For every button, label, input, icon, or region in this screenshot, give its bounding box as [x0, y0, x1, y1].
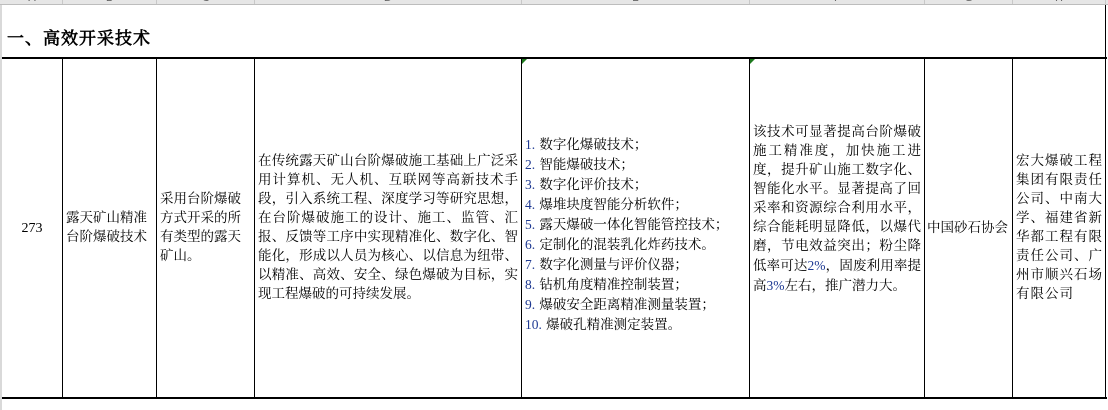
- section-header-row[interactable]: 一、高效开采技术: [3, 5, 1106, 57]
- cell-recommender[interactable]: 中国砂石协会: [925, 59, 1013, 397]
- column-header-a[interactable]: A: [2, 0, 63, 4]
- key-tech-item: 6. 定制化的混装乳化炸药技术。: [525, 235, 728, 255]
- column-header-c[interactable]: C: [157, 0, 255, 4]
- benefits-text: 该技术可显著提高台阶爆破施工精准度，加快施工进度，提升矿山施工数字化、智能化水平…: [750, 123, 924, 296]
- column-header-d[interactable]: D: [255, 0, 522, 4]
- row-number: 273: [22, 219, 43, 238]
- key-tech-item: 3. 数字化评价技术；: [525, 175, 728, 195]
- column-header-h[interactable]: H: [1013, 0, 1106, 4]
- tech-name: 露天矿山精准台阶爆破技术: [63, 209, 156, 247]
- key-tech-item: 5. 露天爆破一体化智能管控技术；: [525, 215, 728, 235]
- comment-indicator-icon: [522, 59, 527, 64]
- key-tech-item: 2. 智能爆破技术；: [525, 155, 728, 175]
- applicable-scope: 采用台阶爆破方式开采的所有类型的露天矿山。: [157, 190, 254, 266]
- cell-key-technologies[interactable]: 1. 数字化爆破技术； 2. 智能爆破技术； 3. 数字化评价技术； 4. 爆堆…: [522, 59, 750, 397]
- cell-description[interactable]: 在传统露天矿山台阶爆破施工基础上广泛采用计算机、无人机、互联网等高新技术手段，引…: [255, 59, 522, 397]
- cell-row-number[interactable]: 273: [2, 59, 63, 397]
- key-tech-list: 1. 数字化爆破技术； 2. 智能爆破技术； 3. 数字化评价技术； 4. 爆堆…: [522, 135, 730, 335]
- column-header-b[interactable]: B: [63, 0, 157, 4]
- cell-benefits[interactable]: 该技术可显著提高台阶爆破施工精准度，加快施工进度，提升矿山施工数字化、智能化水平…: [750, 59, 925, 397]
- cell-completing-units[interactable]: 宏大爆破工程集团有限责任公司、中南大学、福建省新华都工程有限责任公司、广州市顺兴…: [1013, 59, 1106, 397]
- key-tech-item: 1. 数字化爆破技术；: [525, 135, 728, 155]
- column-header-g[interactable]: G: [925, 0, 1013, 4]
- comment-indicator-icon: [750, 59, 755, 64]
- cell-scope[interactable]: 采用台阶爆破方式开采的所有类型的露天矿山。: [157, 59, 255, 397]
- key-tech-item: 10. 爆破孔精准测定装置。: [525, 315, 728, 335]
- key-tech-item: 7. 数字化测量与评价仪器；: [525, 255, 728, 275]
- column-header-e[interactable]: E: [522, 0, 750, 4]
- section-title: 一、高效开采技术: [7, 24, 151, 49]
- column-header-f[interactable]: F: [750, 0, 925, 4]
- key-tech-item: 9. 爆破安全距离精准测量装置；: [525, 295, 728, 315]
- completing-units: 宏大爆破工程集团有限责任公司、中南大学、福建省新华都工程有限责任公司、广州市顺兴…: [1013, 152, 1105, 304]
- recommending-organization: 中国砂石协会: [925, 219, 1010, 238]
- cell-tech-name[interactable]: 露天矿山精准台阶爆破技术: [63, 59, 157, 397]
- key-tech-item: 4. 爆堆块度智能分析软件；: [525, 195, 728, 215]
- data-row: 273 露天矿山精准台阶爆破技术 采用台阶爆破方式开采的所有类型的露天矿山。 在…: [2, 57, 1107, 399]
- tech-description: 在传统露天矿山台阶爆破施工基础上广泛采用计算机、无人机、互联网等高新技术手段，引…: [255, 152, 521, 304]
- key-tech-item: 8. 钻机角度精准控制装置；: [525, 275, 728, 295]
